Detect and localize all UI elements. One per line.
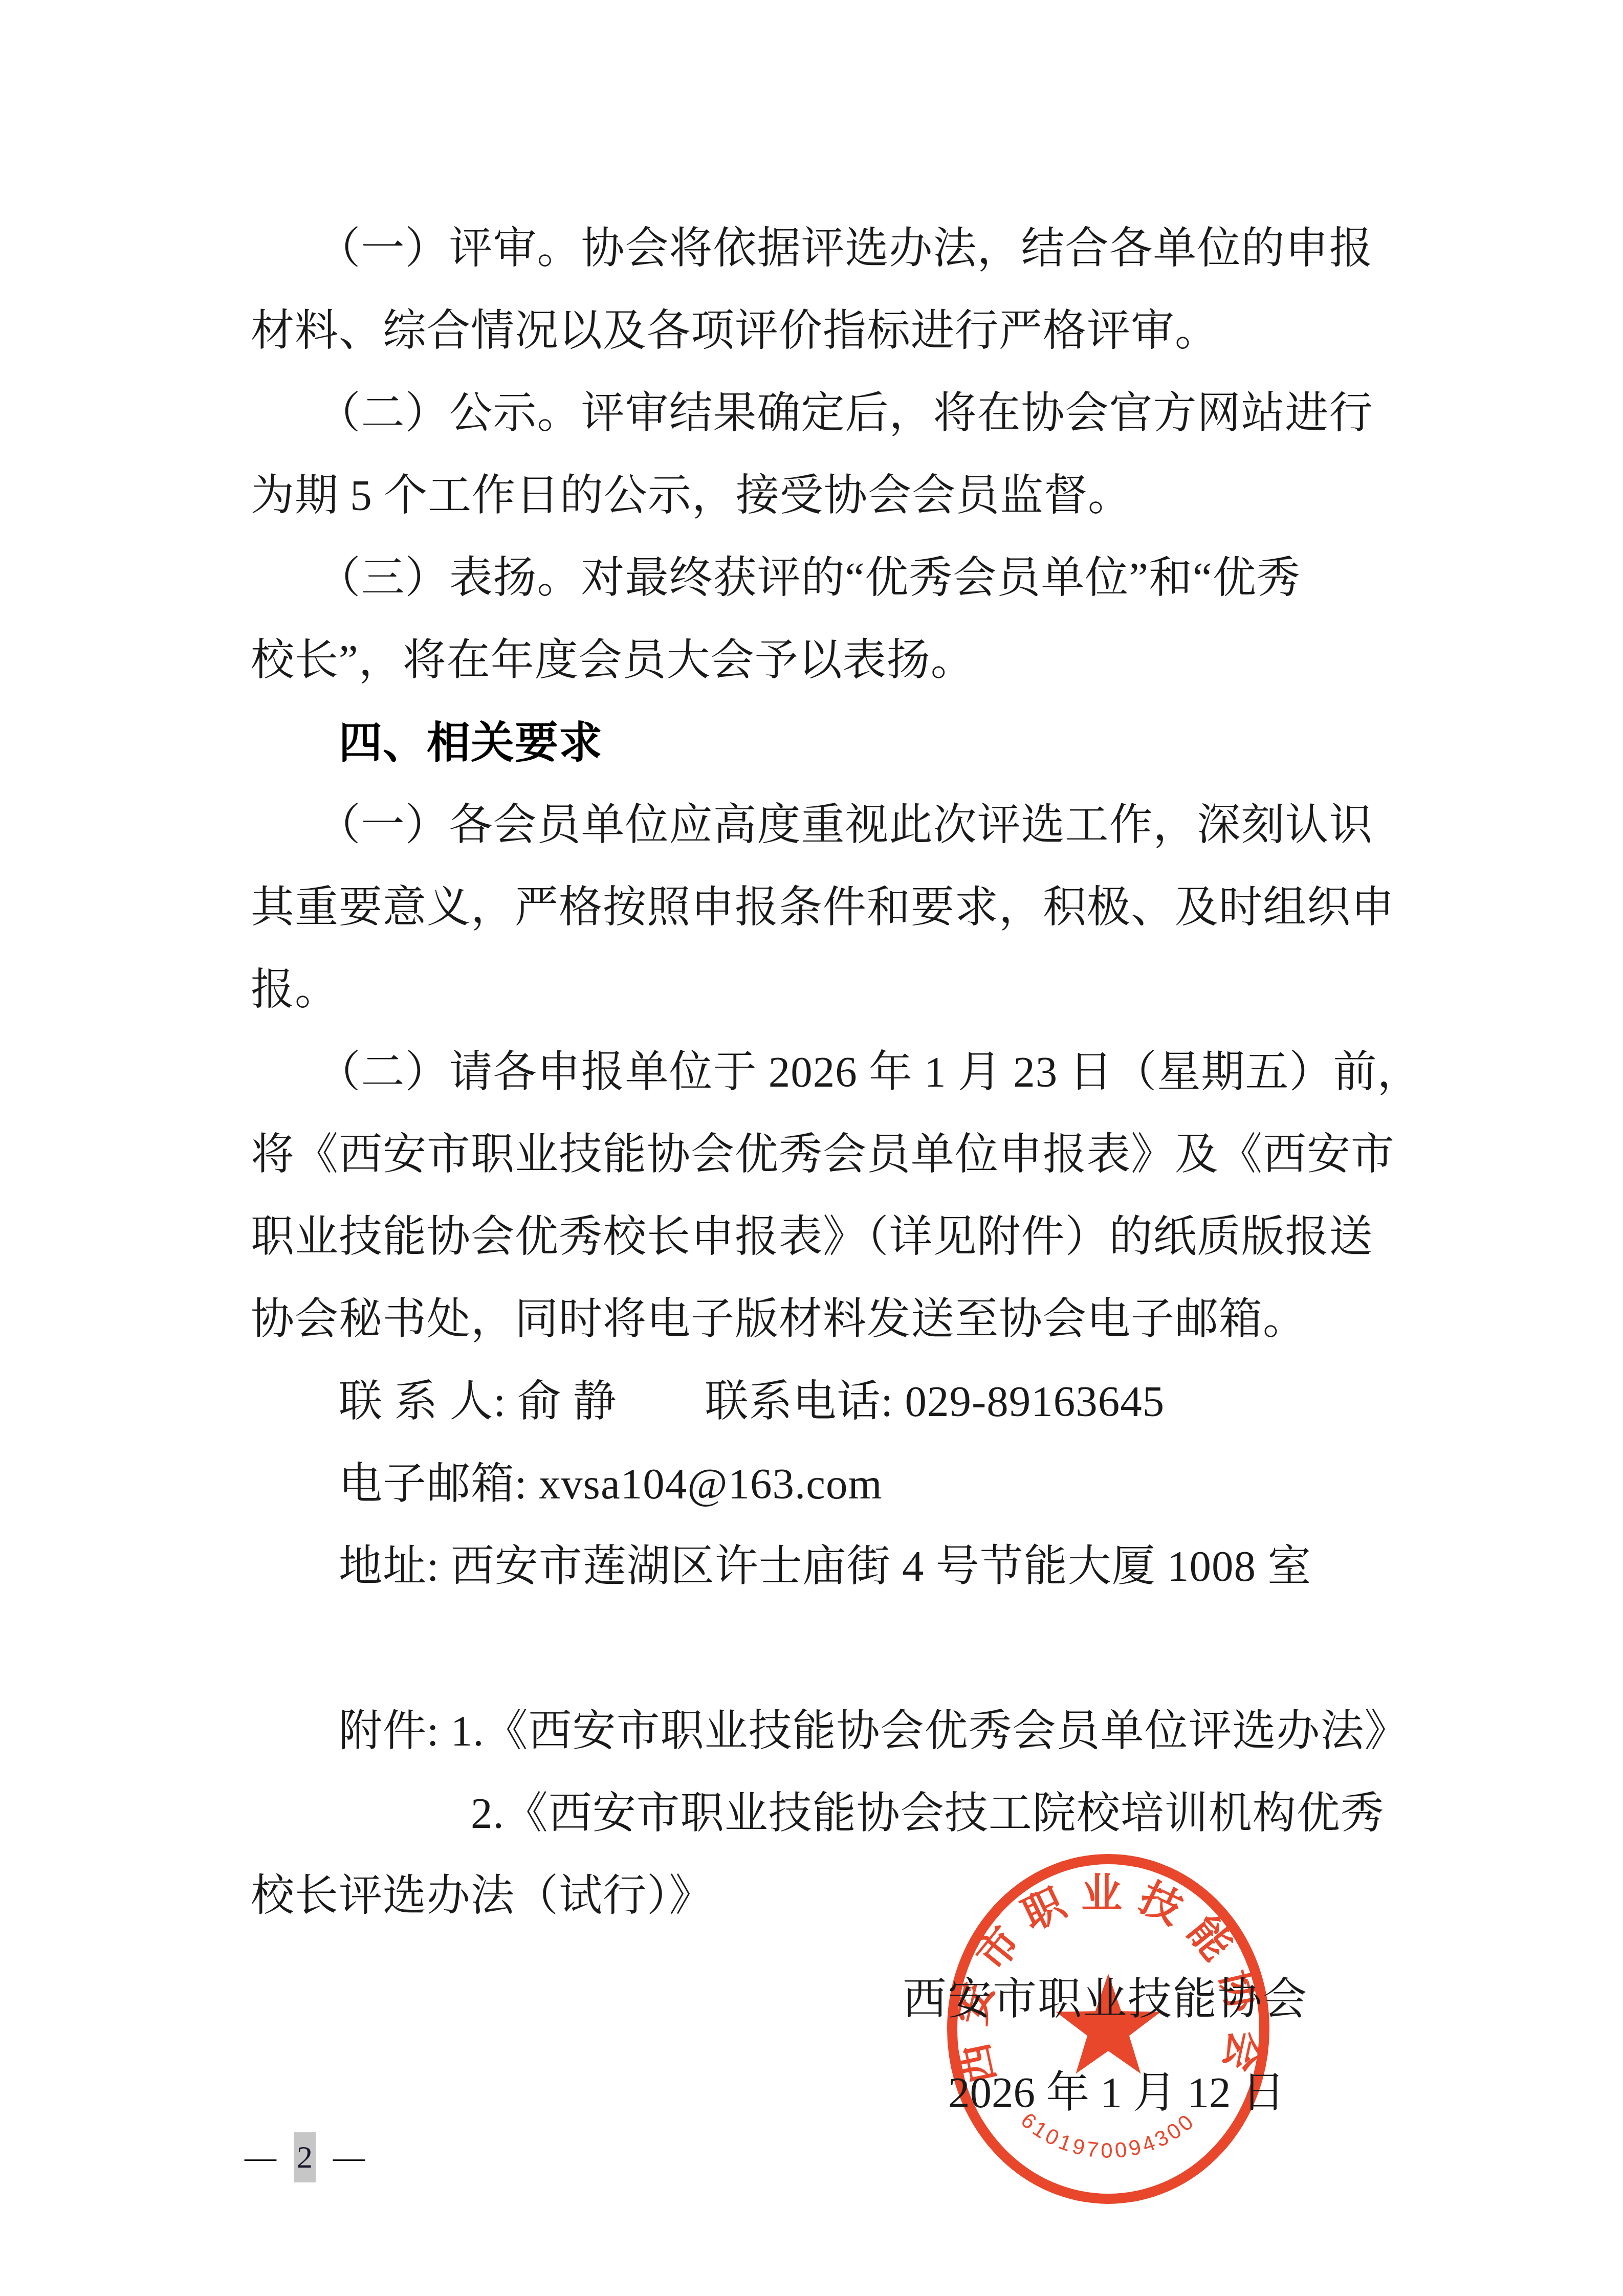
document-line: 四、相关要求 — [251, 702, 1397, 784]
document-line: （一）各会员单位应高度重视此次评选工作，深刻认识 — [251, 784, 1397, 867]
document-line: 其重要意义，严格按照申报条件和要求，积极、及时组织申 — [251, 867, 1397, 949]
document-page: （一）评审。协会将依据评选办法，结合各单位的申报材料、综合情况以及各项评价指标进… — [0, 0, 1623, 2296]
document-line: 报。 — [251, 949, 1397, 1031]
document-line — [251, 1608, 1397, 1690]
document-body: （一）评审。协会将依据评选办法，结合各单位的申报材料、综合情况以及各项评价指标进… — [251, 208, 1397, 1937]
document-line: 电子邮箱: xvsa104@163.com — [251, 1443, 1397, 1526]
signature-organization: 西安市职业技能协会 — [903, 1963, 1308, 2027]
page-footer: — 2 — — [245, 2132, 365, 2182]
document-line: 将《西安市职业技能协会优秀会员单位申报表》及《西安市 — [251, 1114, 1397, 1196]
document-line: （二）公示。评审结果确定后，将在协会官方网站进行 — [251, 372, 1397, 455]
document-line: 附件: 1.《西安市职业技能协会优秀会员单位评选办法》 — [251, 1690, 1397, 1773]
document-line: 职业技能协会优秀校长申报表》（详见附件）的纸质版报送 — [251, 1196, 1397, 1278]
document-line: （三）表扬。对最终获评的“优秀会员单位”和“优秀 — [251, 537, 1397, 620]
document-line: 地址: 西安市莲湖区许士庙街 4 号节能大厦 1008 室 — [251, 1526, 1397, 1608]
document-line: 2.《西安市职业技能协会技工院校培训机构优秀 — [251, 1773, 1397, 1855]
official-seal: 西安市职业技能协会 6101970094300 — [940, 1851, 1276, 2209]
document-line: 协会秘书处，同时将电子版材料发送至协会电子邮箱。 — [251, 1278, 1397, 1361]
document-line: 校长”，将在年度会员大会予以表扬。 — [251, 620, 1397, 702]
footer-dash-right: — — [333, 2139, 365, 2176]
document-line: （一）评审。协会将依据评选办法，结合各单位的申报 — [251, 208, 1397, 290]
document-line: （二）请各申报单位于 2026 年 1 月 23 日（星期五）前， — [251, 1031, 1397, 1114]
document-line: 为期 5 个工作日的公示，接受协会会员监督。 — [251, 455, 1397, 537]
document-line: 材料、综合情况以及各项评价指标进行严格评审。 — [251, 290, 1397, 372]
document-line: 联 系 人: 俞 静 联系电话: 029-89163645 — [251, 1361, 1397, 1443]
signature-date: 2026 年 1 月 12 日 — [948, 2058, 1285, 2120]
page-number: 2 — [294, 2132, 316, 2182]
footer-dash-left: — — [245, 2139, 276, 2176]
